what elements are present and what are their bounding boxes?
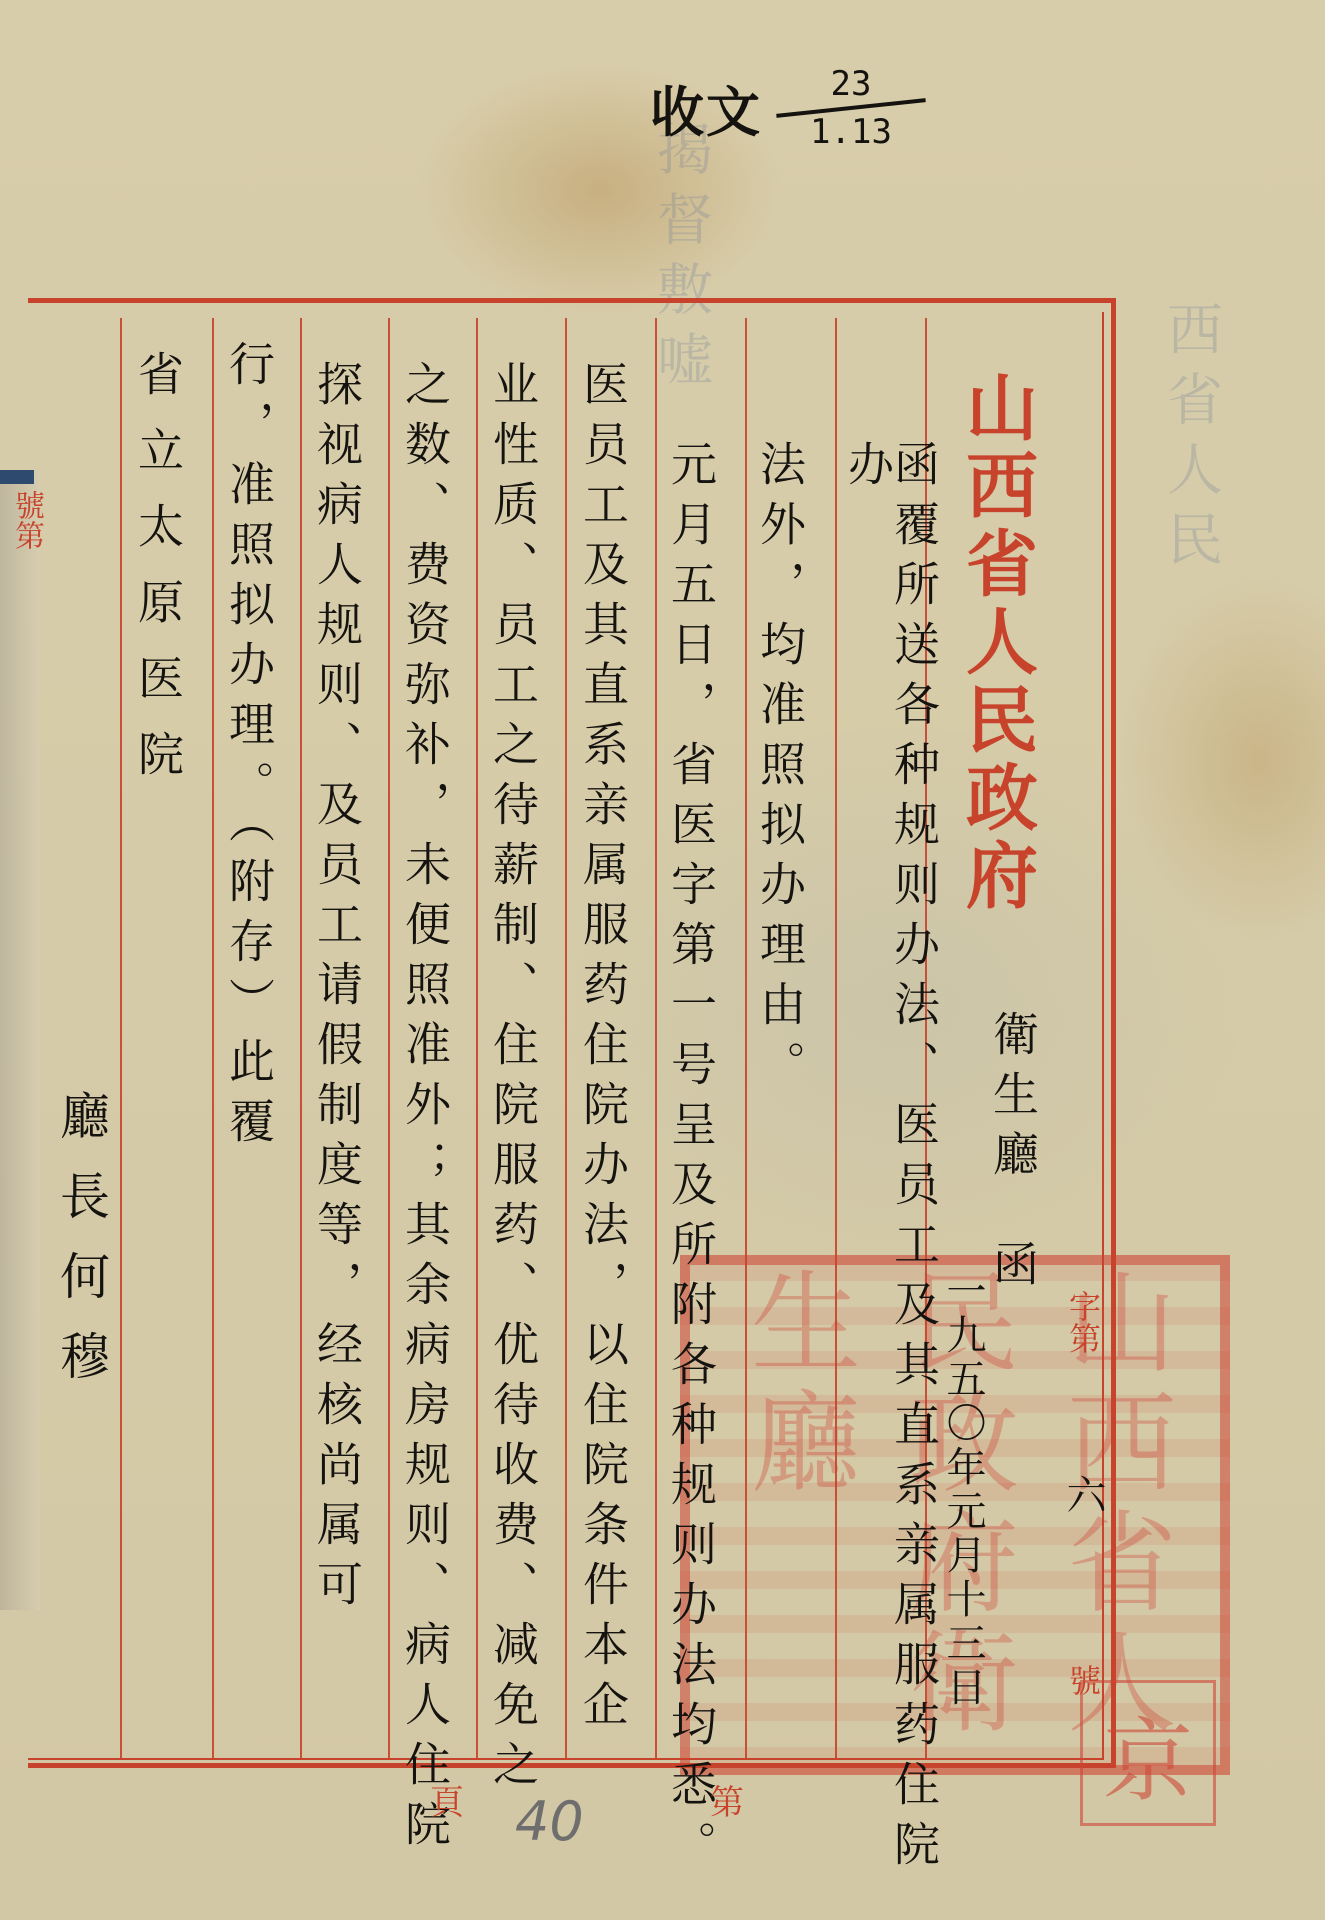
recipient: 省立太原医院 [135, 350, 181, 806]
receipt-label: 收文 [650, 70, 762, 147]
body-column-8: 行，准照拟办理。（附存）此覆 [226, 340, 272, 1157]
signature-title: 廳長 [52, 1090, 110, 1250]
column-rule [300, 318, 302, 1758]
department-line: 衛生廳函 [980, 1010, 1046, 1300]
body-column-7: 探视病人规则、及员工请假制度等，经核尚属可 [314, 360, 360, 1620]
column-rule [120, 318, 122, 1758]
page-label: 頁 [430, 1775, 464, 1824]
small-seal: 京 [1080, 1680, 1216, 1826]
column-rule [388, 318, 390, 1758]
column-rule [212, 318, 214, 1758]
receipt-number: 23 1.13 [776, 66, 926, 150]
column-rule [476, 318, 478, 1758]
signature: 廳長何穆 [45, 1090, 117, 1410]
issuer-title: 山西省人民政府 [960, 370, 1032, 916]
body-column-2: 法外，均准照拟办理由。 [757, 440, 803, 1100]
body-column-4: 医员工及其直系亲属服药住院办法，以住院条件本企 [580, 360, 626, 1740]
body-column-5: 业性质、员工之待薪制、住院服药、优待收费、减免之 [490, 360, 536, 1800]
body-column-6: 之数、费资弥补，未便照准外；其余病房规则、病人住院 [402, 360, 448, 1860]
receipt-stamp: 收文 23 1.13 [650, 58, 926, 158]
column-rule [655, 318, 657, 1758]
doc-number-prefix: 字第 [1064, 1290, 1102, 1354]
signature-name: 何穆 [52, 1250, 110, 1410]
receipt-denominator: 1.13 [810, 114, 892, 150]
body-column-3: 元月五日，省医字第一号呈及所附各种规则办法均悉。 [668, 440, 714, 1880]
column-rule [565, 318, 567, 1758]
column-rule [745, 318, 747, 1758]
pencil-page-number: 40 [515, 1790, 584, 1853]
page-ordinal-label: 第 [710, 1775, 744, 1824]
receipt-numerator: 23 [831, 66, 872, 102]
column-rule [835, 318, 837, 1758]
doc-number-value: 六 [1060, 1474, 1106, 1514]
bleed-through-text: 西省人民 [1150, 300, 1230, 580]
department-name: 衛生廳 [986, 1010, 1040, 1190]
document-date: 一九五〇年元月十三日 [935, 1270, 992, 1710]
body-column-1: 函覆所送各种规则办法、医员工及其直系亲属服药住院办 [845, 440, 937, 1920]
document-number: 字第六號 [1055, 1290, 1112, 1696]
